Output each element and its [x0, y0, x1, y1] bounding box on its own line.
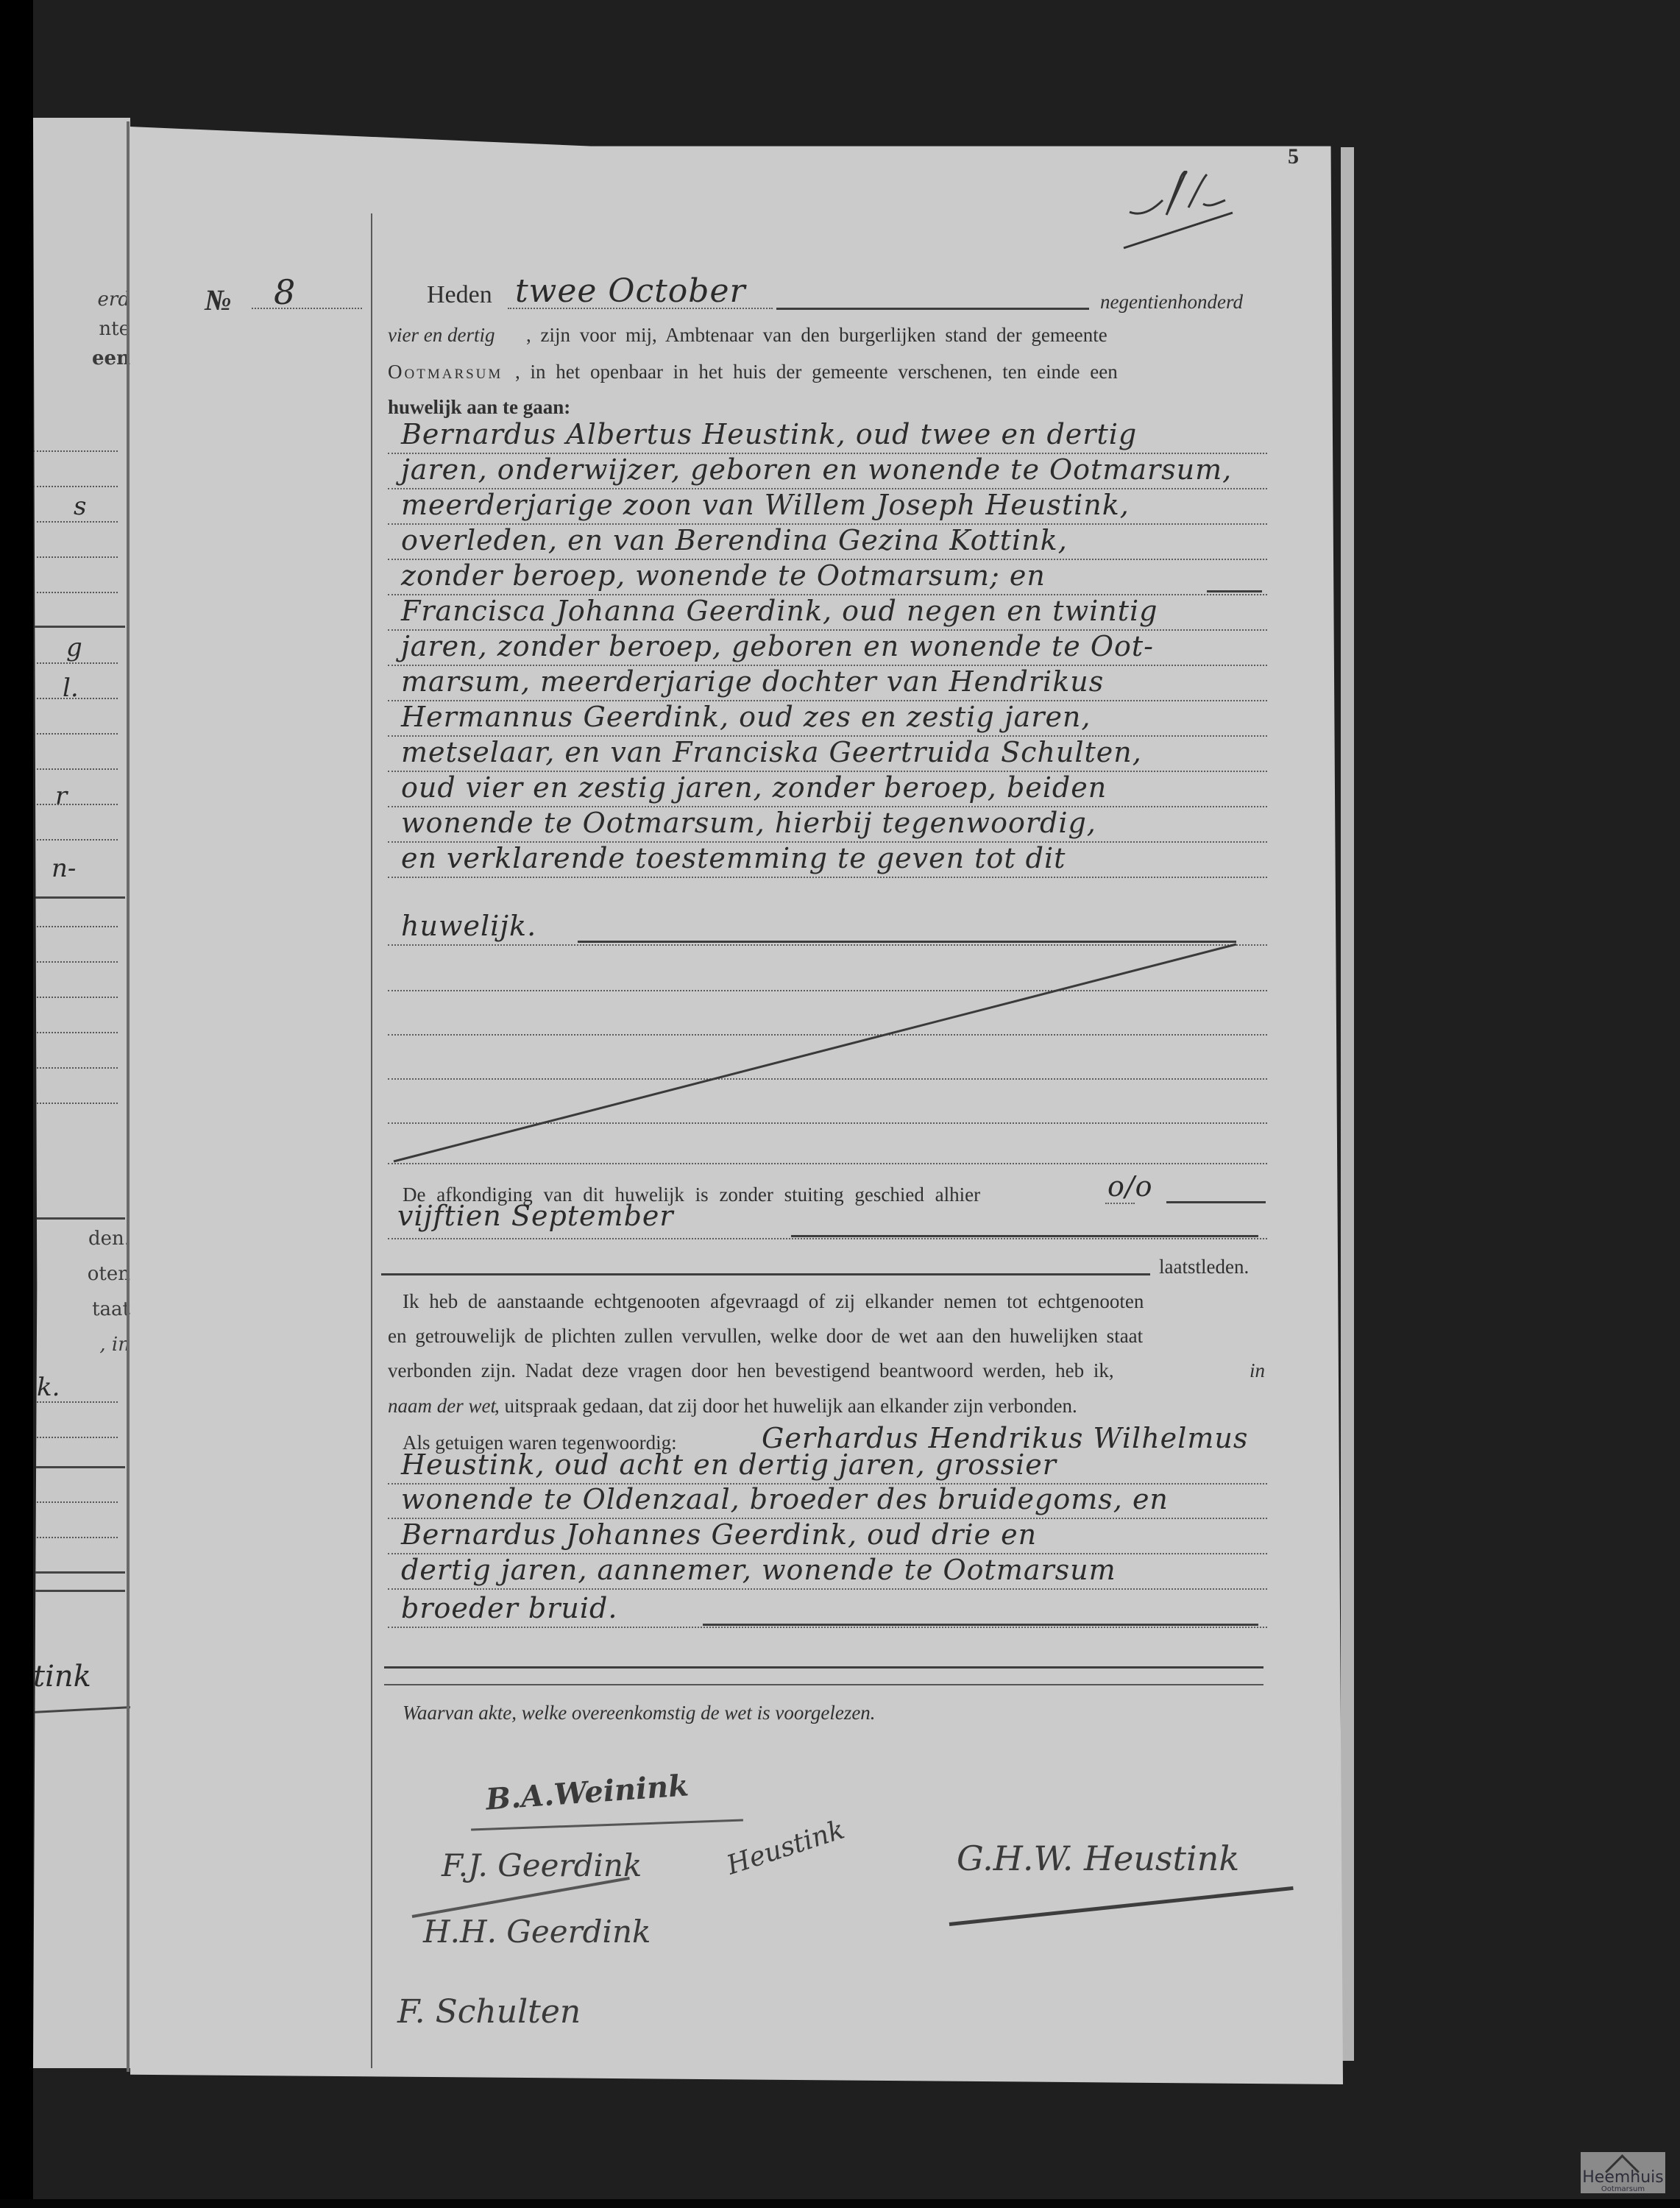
margin-rule [371, 213, 372, 2068]
declaration-line: , uitspraak gedaan, dat zij door het huw… [495, 1395, 1077, 1418]
left-dotline [33, 486, 118, 487]
closing-text: Waarvan akte, welke overeenkomstig de we… [403, 1702, 876, 1724]
logo-sub: Ootmarsum [1581, 2185, 1665, 2193]
ruled-line [388, 1588, 1267, 1590]
laatstleden: laatstleden. [1159, 1256, 1249, 1278]
scanner-bottom-band [0, 2199, 1680, 2208]
date-fill-rule [776, 308, 1089, 310]
marriage-intent: huwelijk aan te gaan: [388, 396, 570, 419]
declaration-intro: , zijn voor mij, Ambtenaar van den burge… [526, 324, 1107, 347]
signature-ghw-heustink: G.H.W. Heustink [957, 1839, 1239, 1878]
party-line: marsum, meerderjarige dochter van Hendri… [401, 665, 1104, 698]
left-dotline [33, 1437, 118, 1438]
left-dotline [33, 1032, 118, 1033]
left-fragment: k. [37, 1373, 60, 1402]
party-line: huwelijk. [401, 910, 536, 942]
left-rule [33, 1466, 125, 1468]
proclamation-date: vijftien September [397, 1200, 674, 1232]
left-fragment: erd [98, 289, 130, 311]
party-line: Francisca Johanna Geerdink, oud negen en… [401, 595, 1158, 627]
left-dotline [33, 521, 118, 523]
left-rule [33, 1590, 125, 1592]
left-fragment: den. [88, 1228, 130, 1250]
marriage-date: twee October [515, 272, 746, 310]
witness-line: wonende te Oldenzaal, broeder des bruide… [401, 1483, 1169, 1515]
party-line: zonder beroep, wonende te Ootmarsum; en [401, 559, 1046, 592]
left-fragment: taat [92, 1298, 130, 1320]
logo-name: Heemhuis [1581, 2168, 1665, 2187]
book-spine [127, 121, 130, 2072]
ruled-line [388, 1627, 1267, 1628]
ruled-line [388, 1238, 1267, 1239]
declaration-naam-der-wet: naam der wet [388, 1395, 496, 1418]
left-rule [33, 1217, 125, 1220]
year-prefix: negentienhonderd [1100, 291, 1243, 314]
left-fragment: nte [99, 318, 130, 340]
record-number-dotline [252, 308, 362, 309]
left-dotline [33, 839, 118, 841]
declaration-line: Ik heb de aanstaande echtgenooten afgevr… [403, 1290, 1144, 1313]
record-number: 8 [274, 272, 296, 312]
closing-rule [384, 1684, 1263, 1685]
left-dotline [33, 768, 118, 770]
left-fragment: een [92, 347, 130, 369]
left-dotline [33, 1103, 118, 1104]
scanner-black-band [0, 0, 33, 2208]
signature-hh-geerdink: H.H. Geerdink [423, 1914, 651, 1950]
witness-line: Heustink, oud acht en dertig jaren, gros… [401, 1448, 1057, 1481]
witness-line: broeder bruid. [401, 1592, 617, 1624]
left-fragment: s [74, 492, 86, 521]
party-line: wonende te Ootmarsum, hierbij tegenwoord… [401, 807, 1096, 839]
fill-rule [791, 1235, 1258, 1237]
declaration-line: verbonden zijn. Nadat deze vragen door h… [388, 1359, 1114, 1382]
party-line: Bernardus Albertus Heustink, oud twee en… [401, 418, 1137, 450]
heemhuis-logo: Heemhuis Ootmarsum [1581, 2152, 1665, 2193]
left-dotline [33, 556, 118, 558]
party-line: metselaar, en van Franciska Geertruida S… [401, 736, 1142, 768]
left-dotline [33, 733, 118, 735]
left-dotline [33, 1501, 118, 1503]
heden-label: Heden [427, 281, 492, 309]
left-dotline [33, 698, 118, 699]
witness-line: Bernardus Johannes Geerdink, oud drie en [401, 1518, 1037, 1551]
ruled-line [388, 877, 1267, 878]
fill-rule [703, 1624, 1258, 1626]
left-dotline [33, 1067, 118, 1069]
left-dotline [33, 1537, 118, 1538]
left-fragment: r [55, 782, 67, 811]
strike-through-diagonal [383, 938, 1266, 1174]
left-dotline [33, 926, 118, 927]
signature-schulten: F. Schulten [397, 1993, 581, 2031]
record-prefix: № [205, 283, 232, 317]
party-line: oud vier en zestig jaren, zonder beroep,… [401, 771, 1107, 804]
left-rule [33, 896, 125, 899]
fill-rule [1207, 590, 1262, 592]
signature-fj-geerdink: F.J. Geerdink [442, 1847, 642, 1883]
party-line: jaren, onderwijzer, geboren en wonende t… [401, 453, 1232, 486]
left-fragment: n- [52, 854, 76, 883]
appearance-text: , in het openbaar in het huis der gemeen… [515, 361, 1118, 383]
left-rule [33, 626, 125, 628]
fill-rule [1166, 1201, 1266, 1203]
paraph-signature-icon [1122, 171, 1255, 255]
party-line: Hermannus Geerdink, oud zes en zestig ja… [401, 701, 1091, 733]
party-line: jaren, zonder beroep, geboren en wonende… [401, 630, 1154, 662]
left-dotline [33, 592, 118, 593]
party-line: en verklarende toestemming te geven tot … [401, 842, 1066, 874]
fill-rule [381, 1273, 1150, 1275]
left-rule [33, 1571, 125, 1574]
ruled-line [1105, 1203, 1135, 1204]
party-line: meerderjarige zoon van Willem Joseph Heu… [401, 489, 1130, 521]
left-dotline [33, 804, 118, 805]
left-dotline [33, 662, 118, 664]
declaration-line: en getrouwelijk de plichten zullen vervu… [388, 1325, 1143, 1348]
left-signature-fragment: tink [33, 1660, 91, 1694]
left-page-sliver: erd nte een s g l. r n- den. oten taat ,… [33, 118, 130, 2068]
left-fragment: g [66, 633, 82, 662]
left-signature-underline [33, 1706, 130, 1713]
left-dotline [33, 997, 118, 998]
party-line: overleden, en van Berendina Gezina Kotti… [401, 524, 1068, 556]
left-fragment: , in [99, 1334, 130, 1356]
left-dotline [33, 450, 118, 452]
witness-line: dertig jaren, aannemer, wonende te Ootma… [401, 1554, 1116, 1586]
declaration-in: in [1250, 1359, 1265, 1382]
page-edge [1341, 147, 1354, 2061]
page-number: 5 [1288, 144, 1299, 169]
closing-rule [384, 1666, 1263, 1669]
left-fragment: oten [88, 1263, 130, 1285]
left-dotline [33, 961, 118, 963]
proclamation-place: o/o [1107, 1170, 1153, 1203]
municipality: Ootmarsum [388, 361, 503, 383]
year-rest: vier en dertig [388, 324, 495, 347]
